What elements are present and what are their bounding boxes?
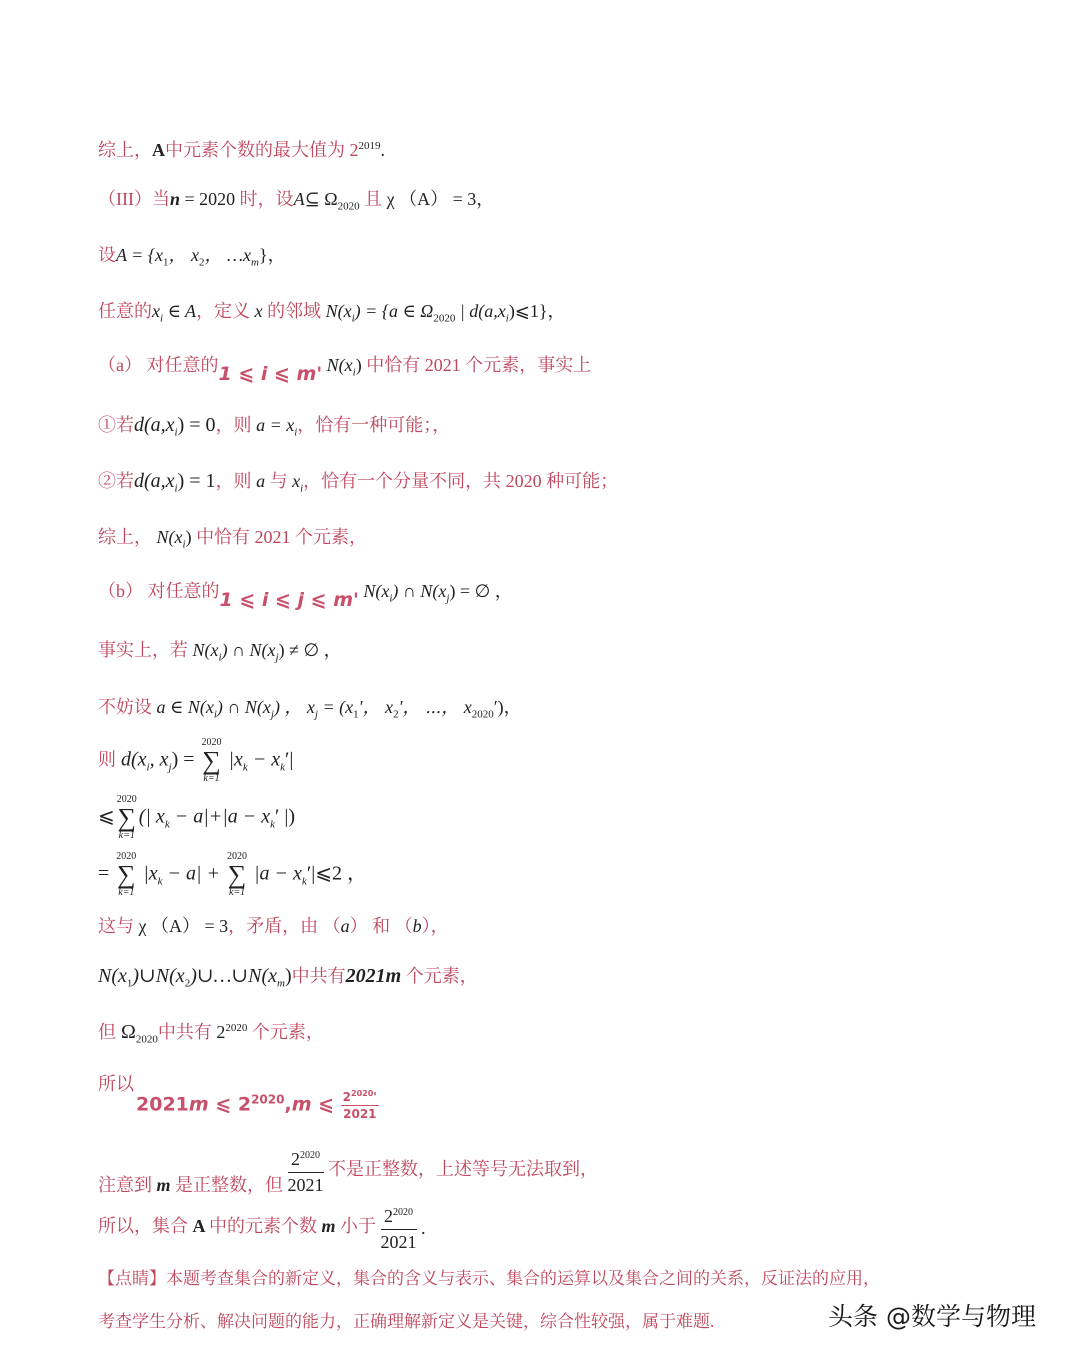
text: . bbox=[381, 140, 386, 160]
math: χ （A） = 3 bbox=[134, 916, 228, 936]
math: ) bbox=[285, 965, 292, 987]
math: ) = bbox=[172, 749, 200, 771]
inequality: 1 ⩽ i ⩽ j ⩽ m' bbox=[220, 589, 359, 611]
math: |a − x bbox=[249, 863, 302, 885]
split-sum-line: = 2020∑k=1 |xk − a| + 2020∑k=1 |a − xk′|… bbox=[98, 852, 367, 898]
math: | d(a,x bbox=[455, 301, 505, 321]
math: x bbox=[250, 301, 267, 321]
math: ′|⩽2 ， bbox=[307, 863, 367, 885]
math-var: A bbox=[294, 189, 305, 209]
text: ，矛盾，由 （ bbox=[228, 916, 341, 936]
math: a bbox=[341, 916, 350, 936]
math: ) ∩ N(x bbox=[222, 640, 276, 660]
union-count-line: N(x1)∪N(x2)∪…∪N(xm)中共有2021m 个元素， bbox=[98, 966, 478, 990]
fraction: 22020'2021 bbox=[341, 1090, 379, 1120]
math: ) ∩ N(x bbox=[392, 581, 446, 601]
math: ) = ∅ ， bbox=[449, 581, 512, 601]
math: m bbox=[152, 1175, 175, 1195]
math: (| x bbox=[139, 806, 165, 828]
final-conclusion: 所以，集合 A 中的元素个数 m 小于 220202021 . bbox=[98, 1207, 426, 1253]
text: ）， bbox=[422, 916, 449, 936]
math: N(x bbox=[152, 527, 183, 547]
omega-count-line: 但 Ω2020中共有 22020 个元素， bbox=[98, 1022, 324, 1046]
math: ) = 1 bbox=[178, 470, 216, 492]
wlog-line: 不妨设 a ∈ N(xi) ∩ N(xj) ， xj = (x1′， x2′， … bbox=[98, 698, 522, 721]
math: . bbox=[417, 1218, 426, 1238]
math: )⩽1}， bbox=[509, 301, 566, 321]
math: x bbox=[152, 301, 160, 321]
text: 中的元素个数 bbox=[209, 1216, 317, 1236]
exponent: 2019 bbox=[359, 140, 381, 152]
text: 与 bbox=[270, 471, 288, 491]
set-a: A bbox=[188, 1216, 209, 1236]
text: 不妨设 bbox=[98, 697, 152, 717]
text: ，恰有一种可能；， bbox=[297, 415, 450, 435]
text: 则 bbox=[98, 750, 116, 770]
text: ②若 bbox=[98, 471, 134, 491]
math: }， bbox=[259, 245, 286, 265]
math: = 2020 bbox=[180, 189, 240, 209]
summation: 2020∑k=1 bbox=[116, 852, 136, 898]
summation: 2020∑k=1 bbox=[117, 795, 137, 841]
text: 个元素， bbox=[401, 966, 478, 986]
text: 个元素， bbox=[247, 1022, 324, 1042]
text: 事实上，若 bbox=[98, 640, 188, 660]
math: m bbox=[317, 1216, 340, 1236]
summation: 2020∑k=1 bbox=[227, 852, 247, 898]
summary-a: 综上， N(xi) 中恰有 2021 个元素， bbox=[98, 528, 367, 551]
text: ） 和 （ bbox=[350, 916, 413, 936]
math: ∈ A bbox=[163, 301, 196, 321]
distance-sum-line: 则 d(xi, xj) = 2020∑k=1 |xk − xk′| bbox=[98, 738, 293, 784]
subscript: 2020 bbox=[472, 709, 494, 721]
math: ) ≠ ∅ ， bbox=[279, 640, 342, 660]
fraction: 220202021 bbox=[381, 1207, 417, 1253]
math: b bbox=[413, 916, 422, 936]
text: 所以，集合 bbox=[98, 1216, 188, 1236]
text: 是正整数，但 bbox=[175, 1175, 288, 1195]
text: ，恰有一个分量不同，共 2020 种可能； bbox=[303, 471, 618, 491]
conclusion-max-line: 综上，A中元素个数的最大值为 22019. bbox=[98, 141, 385, 159]
math: N(x bbox=[98, 965, 127, 987]
text: （III）当 bbox=[98, 189, 170, 209]
math: , x bbox=[150, 749, 169, 771]
fraction: 220202021 bbox=[288, 1150, 324, 1196]
text: 时，设 bbox=[240, 189, 294, 209]
math: 2021m bbox=[346, 965, 402, 987]
contradiction-line: 这与 χ （A） = 3，矛盾，由 （a） 和 （b）， bbox=[98, 917, 449, 935]
text: 中元素个数的最大值为 2 bbox=[165, 140, 359, 160]
part-iii-line: （III）当n = 2020 时，设A⊆ Ω2020 且 χ （A） = 3， bbox=[98, 190, 494, 213]
math: ) bbox=[186, 527, 197, 547]
neighborhood-definition: 任意的xi ∈ A，定义 x 的邻域 N(xi) = {a ∈ Ω2020 | … bbox=[98, 302, 566, 325]
text: 且 bbox=[360, 189, 383, 209]
math: ⊆ Ω bbox=[305, 189, 338, 209]
watermark: 头条 @数学与物理 bbox=[828, 1297, 1036, 1333]
summation: 2020∑k=1 bbox=[202, 738, 222, 784]
math: N(x bbox=[363, 581, 389, 601]
subscript: 2020 bbox=[433, 313, 455, 325]
math: ， x bbox=[169, 245, 200, 265]
math: N(x bbox=[321, 301, 352, 321]
math: a ∈ N(x bbox=[152, 697, 214, 717]
case-2: ②若d(a,xi) = 1，则 a 与 xi，恰有一个分量不同，共 2020 种… bbox=[98, 471, 618, 495]
math: ′， ⋯， x bbox=[399, 697, 472, 717]
therefore-label: 所以 bbox=[98, 1075, 134, 1093]
commentary-line-1: 【点睛】本题考查集合的新定义，集合的含义与表示、集合的运算以及集合之间的关系，反… bbox=[98, 1270, 880, 1287]
text: 不是正整数，上述等号无法取到， bbox=[324, 1159, 599, 1179]
math: ) ， x bbox=[274, 697, 315, 717]
math: Ω bbox=[116, 1021, 136, 1043]
math: )∪…∪N(x bbox=[190, 965, 277, 987]
exponent: 2020 bbox=[225, 1022, 247, 1034]
math: |x bbox=[224, 749, 243, 771]
text: 的邻域 bbox=[267, 301, 321, 321]
commentary-line-2: 考查学生分析、解决问题的能力，正确理解新定义是关键，综合性较强，属于难题. bbox=[98, 1313, 714, 1330]
math: ⩽ bbox=[98, 806, 115, 828]
text: 综上， bbox=[98, 527, 152, 547]
math-var: n bbox=[170, 189, 180, 209]
text: 小于 bbox=[340, 1216, 381, 1236]
text: ，则 bbox=[216, 471, 252, 491]
math: a = x bbox=[252, 415, 295, 435]
math: x bbox=[288, 471, 301, 491]
math: − x bbox=[248, 749, 280, 771]
math: ′ |) bbox=[275, 806, 295, 828]
text: 中恰有 2021 个元素， bbox=[196, 527, 367, 547]
text: （b） 对任意的 bbox=[98, 581, 220, 601]
text: ①若 bbox=[98, 415, 134, 435]
math: 2 bbox=[212, 1022, 226, 1042]
text: ，定义 bbox=[196, 301, 250, 321]
contradiction-assumption: 事实上，若 N(xi) ∩ N(xj) ≠ ∅ ， bbox=[98, 641, 342, 664]
set-a-definition: 设A = {x1， x2， …xm}， bbox=[98, 246, 286, 269]
text: 中共有 bbox=[292, 966, 346, 986]
math: ′)， bbox=[494, 697, 522, 717]
math: a bbox=[252, 471, 270, 491]
text: 综上， bbox=[98, 140, 152, 160]
text: 但 bbox=[98, 1022, 116, 1042]
part-b-claim: （b） 对任意的1 ⩽ i ⩽ j ⩽ m' N(xi) ∩ N(xj) = ∅… bbox=[98, 582, 513, 605]
math: = bbox=[98, 863, 114, 885]
math: − a|+|a − x bbox=[170, 806, 270, 828]
text: ，则 bbox=[216, 415, 252, 435]
math: ) ∩ N(x bbox=[217, 697, 271, 717]
math: ) = {a ∈ Ω bbox=[355, 301, 434, 321]
case-1: ①若d(a,xi) = 0，则 a = xi，恰有一种可能；， bbox=[98, 415, 450, 439]
math: N(x bbox=[188, 640, 219, 660]
inequality: 1 ⩽ i ⩽ m' bbox=[219, 363, 323, 385]
text: 任意的 bbox=[98, 301, 152, 321]
math: χ （A） = 3， bbox=[382, 189, 494, 209]
math: ′| bbox=[285, 749, 293, 771]
subscript: m bbox=[277, 978, 285, 990]
math: A = {x bbox=[116, 245, 163, 265]
bound-inequality: 2021m ⩽ 22020,m ⩽ 22020'2021 bbox=[136, 1090, 379, 1120]
math: ， …x bbox=[205, 245, 252, 265]
text: 中共有 bbox=[158, 1022, 212, 1042]
text: 这与 bbox=[98, 916, 134, 936]
text: 中恰有 2021 个元素，事实上 bbox=[362, 355, 592, 375]
math: ) = 0 bbox=[178, 414, 216, 436]
math: N(x bbox=[327, 355, 353, 375]
math: )∪N(x bbox=[132, 965, 184, 987]
subscript: 2020 bbox=[338, 201, 360, 213]
text: 设 bbox=[98, 245, 116, 265]
math: d(x bbox=[116, 749, 147, 771]
set-a: A bbox=[152, 140, 165, 160]
triangle-inequality-line: ⩽2020∑k=1(| xk − a|+|a − xk′ |) bbox=[98, 795, 295, 841]
math: = (x bbox=[318, 697, 353, 717]
math: d(a,x bbox=[134, 470, 175, 492]
math: d(a,x bbox=[134, 414, 175, 436]
math: − a| + bbox=[163, 863, 226, 885]
text: 所以 bbox=[98, 1074, 134, 1094]
math: |x bbox=[138, 863, 157, 885]
text: 注意到 bbox=[98, 1175, 152, 1195]
integer-note: 注意到 m 是正整数，但 220202021 不是正整数，上述等号无法取到， bbox=[98, 1150, 598, 1196]
part-a-claim: （a） 对任意的1 ⩽ i ⩽ m' N(xi) 中恰有 2021 个元素，事实… bbox=[98, 356, 591, 379]
subscript: 2020 bbox=[136, 1034, 158, 1046]
math: ′， x bbox=[359, 697, 393, 717]
subscript: m bbox=[251, 257, 259, 269]
text: （a） 对任意的 bbox=[98, 355, 219, 375]
